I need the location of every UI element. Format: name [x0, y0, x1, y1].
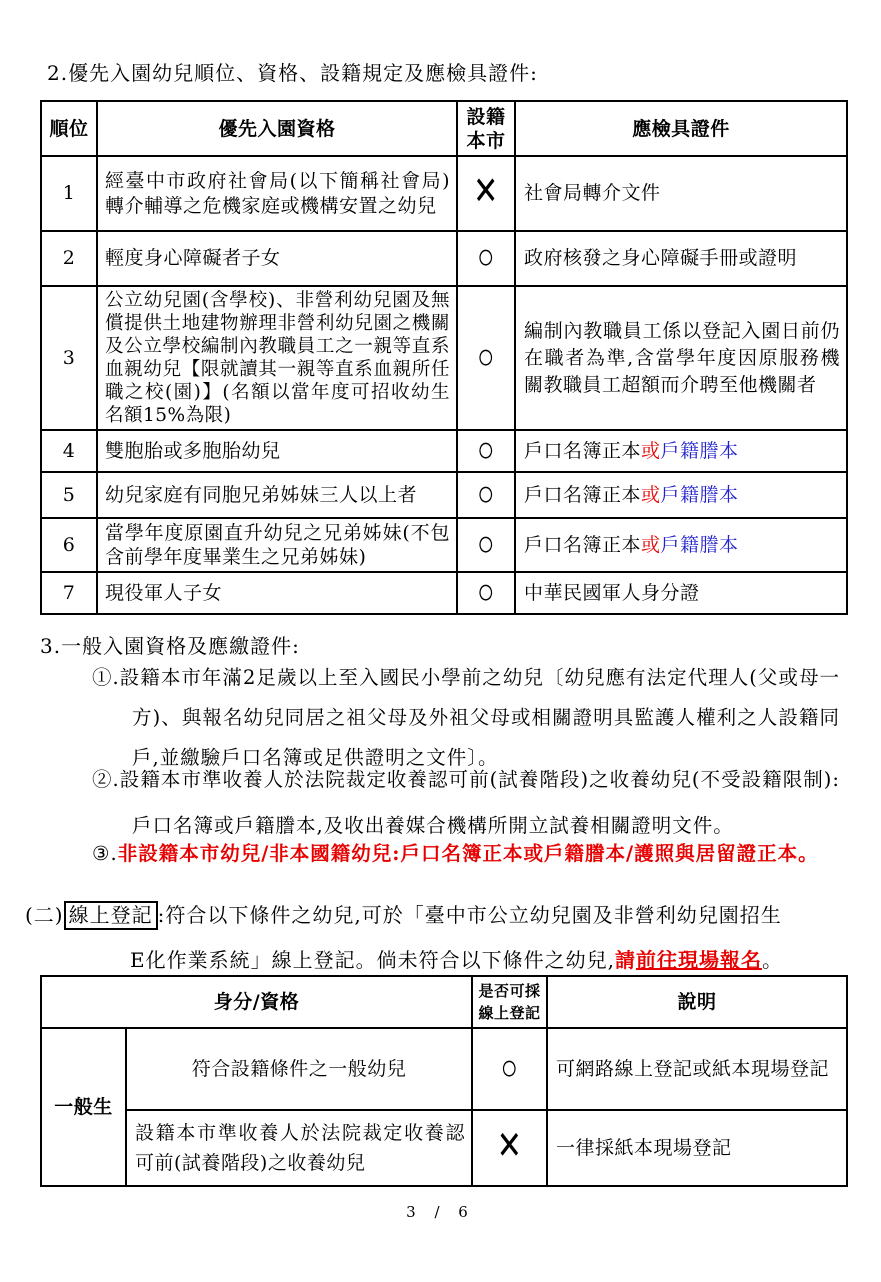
documents-cell: 戶口名簿正本或戶籍謄本	[515, 518, 847, 572]
rank-cell: 5	[41, 472, 97, 518]
doc-text: 戶口名簿正本	[524, 440, 641, 462]
table-row: 2 輕度身心障礙者子女 ○ 政府核發之身心障礙手冊或證明	[41, 231, 847, 286]
online-registration-table: 身分/資格 是否可採線上登記 說明 一般生 符合設籍條件之一般幼兒 ○ 可網路線…	[40, 975, 848, 1187]
line2-red-text: 請	[615, 948, 636, 972]
col-header-identity: 身分/資格	[41, 976, 472, 1028]
qualification-cell: 雙胞胎或多胞胎幼兒	[97, 430, 457, 472]
registered-mark-cell: ○	[457, 430, 515, 472]
item-number: ①.	[92, 666, 120, 689]
table-row: 5 幼兒家庭有同胞兄弟姊妹三人以上者 ○ 戶口名簿正本或戶籍謄本	[41, 472, 847, 518]
col-header-documents: 應檢具證件	[515, 101, 847, 156]
table-row: 6 當學年度原園直升幼兒之兄弟姊妹(不包含前學年度畢業生之兄弟姊妹) ○ 戶口名…	[41, 518, 847, 572]
doc-text: 戶口名簿正本	[524, 484, 641, 506]
rank-cell: 6	[41, 518, 97, 572]
documents-cell: 社會局轉介文件	[515, 156, 847, 231]
qualification-cell: 設籍本市準收養人於法院裁定收養認可前(試養階段)之收養幼兒	[126, 1110, 472, 1186]
circle-mark: ○	[477, 340, 495, 371]
col-header-registered: 設籍本市	[457, 101, 515, 156]
page-number: 3 / 6	[0, 1203, 881, 1221]
line2-end: 。	[762, 948, 783, 972]
qualification-cell: 輕度身心障礙者子女	[97, 231, 457, 286]
section-3-heading: 3.一般入園資格及應繳證件:	[40, 630, 300, 659]
doc-text-blue: 戶籍謄本	[661, 534, 739, 556]
documents-cell: 政府核發之身心障礙手冊或證明	[515, 231, 847, 286]
rank-cell: 2	[41, 231, 97, 286]
online-table-header-row: 身分/資格 是否可採線上登記 說明	[41, 976, 847, 1028]
table-row: 7 現役軍人子女 ○ 中華民國軍人身分證	[41, 572, 847, 614]
online-registration-line1: (二)線上登記:符合以下條件之幼兒,可於「臺中市公立幼兒園及非營利幼兒園招生	[25, 899, 782, 930]
qualification-cell: 符合設籍條件之一般幼兒	[126, 1028, 472, 1110]
item-text: 設籍本市準收養人於法院裁定收養認可前(試養階段)之收養幼兒(不受設籍限制):戶口…	[120, 768, 840, 837]
doc-text-red: 或	[641, 534, 661, 556]
boxed-label: 線上登記	[64, 901, 158, 930]
circle-mark: ○	[477, 241, 495, 272]
col-header-rank: 順位	[41, 101, 97, 156]
general-item-3: ③.非設籍本市幼兒/非本國籍幼兒:戶口名簿正本或戶籍謄本/護照與居留證正本。	[92, 831, 840, 877]
circle-mark: ○	[477, 433, 495, 464]
documents-cell: 編制內教職員工係以登記入園日前仍在職者為準,含當學年度因原服務機關教職員工超額而…	[515, 286, 847, 430]
documents-cell: 戶口名簿正本或戶籍謄本	[515, 430, 847, 472]
document-page: 2.優先入園幼兒順位、資格、設籍規定及應檢具證件: 順位 優先入園資格 設籍本市…	[0, 0, 881, 1282]
qualification-cell: 公立幼兒園(含學校)、非營利幼兒園及無償提供土地建物辦理非營利幼兒園之機關及公立…	[97, 286, 457, 430]
qualification-cell: 經臺中市政府社會局(以下簡稱社會局)轉介輔導之危機家庭或機構安置之幼兒	[97, 156, 457, 231]
rank-cell: 4	[41, 430, 97, 472]
col-header-online: 是否可採線上登記	[472, 976, 547, 1028]
registered-mark-cell: ○	[457, 231, 515, 286]
cross-mark: ✕	[473, 175, 499, 208]
item-text-red: 非設籍本市幼兒/非本國籍幼兒:戶口名簿正本或戶籍謄本/護照與居留證正本。	[118, 842, 819, 865]
doc-text-blue: 戶籍謄本	[661, 484, 739, 506]
doc-text-red: 或	[641, 440, 661, 462]
registered-mark-cell: ○	[457, 572, 515, 614]
registered-mark-cell: ○	[457, 518, 515, 572]
cross-mark: ✕	[497, 1130, 523, 1164]
line2-text: E化作業系統」線上登記。倘未符合以下條件之幼兒,	[130, 948, 615, 972]
qualification-cell: 幼兒家庭有同胞兄弟姊妹三人以上者	[97, 472, 457, 518]
documents-cell: 戶口名簿正本或戶籍謄本	[515, 472, 847, 518]
rank-cell: 3	[41, 286, 97, 430]
online-mark-cell: ✕	[472, 1110, 547, 1186]
priority-table: 順位 優先入園資格 設籍本市 應檢具證件 1 經臺中市政府社會局(以下簡稱社會局…	[40, 100, 848, 615]
line2-red-underlined-text: 前往現場報名	[636, 948, 762, 972]
col-header-description: 說明	[547, 976, 847, 1028]
header-line1: 是否可採	[479, 982, 541, 1000]
header-line2: 線上登記	[479, 1004, 541, 1022]
doc-text-blue: 戶籍謄本	[661, 440, 739, 462]
item-number: ②.	[92, 768, 120, 791]
table-row: 設籍本市準收養人於法院裁定收養認可前(試養階段)之收養幼兒 ✕ 一律採紙本現場登…	[41, 1110, 847, 1186]
rank-cell: 1	[41, 156, 97, 231]
circle-mark: ○	[477, 527, 495, 558]
col-header-qualification: 優先入園資格	[97, 101, 457, 156]
circle-mark: ○	[477, 477, 495, 508]
circle-mark: ○	[477, 575, 495, 606]
qualification-cell: 現役軍人子女	[97, 572, 457, 614]
registered-mark-cell: ○	[457, 472, 515, 518]
qualification-cell: 當學年度原園直升幼兒之兄弟姊妹(不包含前學年度畢業生之兄弟姊妹)	[97, 518, 457, 572]
table-row: 一般生 符合設籍條件之一般幼兒 ○ 可網路線上登記或紙本現場登記	[41, 1028, 847, 1110]
section-2-heading: 2.優先入園幼兒順位、資格、設籍規定及應檢具證件:	[47, 57, 538, 86]
description-cell: 可網路線上登記或紙本現場登記	[547, 1028, 847, 1110]
circle-mark: ○	[501, 1051, 519, 1084]
item-number: ③.	[92, 842, 118, 865]
table-row: 1 經臺中市政府社會局(以下簡稱社會局)轉介輔導之危機家庭或機構安置之幼兒 ✕ …	[41, 156, 847, 231]
rank-cell: 7	[41, 572, 97, 614]
doc-text-red: 或	[641, 484, 661, 506]
online-mark-cell: ○	[472, 1028, 547, 1110]
registered-mark-cell: ○	[457, 286, 515, 430]
list-prefix: (二)	[25, 903, 64, 927]
online-registration-line2: E化作業系統」線上登記。倘未符合以下條件之幼兒,請前往現場報名。	[130, 944, 783, 973]
priority-table-header-row: 順位 優先入園資格 設籍本市 應檢具證件	[41, 101, 847, 156]
group-label-cell: 一般生	[41, 1028, 126, 1186]
table-row: 3 公立幼兒園(含學校)、非營利幼兒園及無償提供土地建物辦理非營利幼兒園之機關及…	[41, 286, 847, 430]
documents-cell: 中華民國軍人身分證	[515, 572, 847, 614]
description-cell: 一律採紙本現場登記	[547, 1110, 847, 1186]
registered-mark-cell: ✕	[457, 156, 515, 231]
item-text: 設籍本市年滿2足歲以上至入國民小學前之幼兒〔幼兒應有法定代理人(父或母一方)、與…	[120, 666, 840, 769]
doc-text: 戶口名簿正本	[524, 534, 641, 556]
line1-text: :符合以下條件之幼兒,可於「臺中市公立幼兒園及非營利幼兒園招生	[158, 903, 782, 927]
table-row: 4 雙胞胎或多胞胎幼兒 ○ 戶口名簿正本或戶籍謄本	[41, 430, 847, 472]
